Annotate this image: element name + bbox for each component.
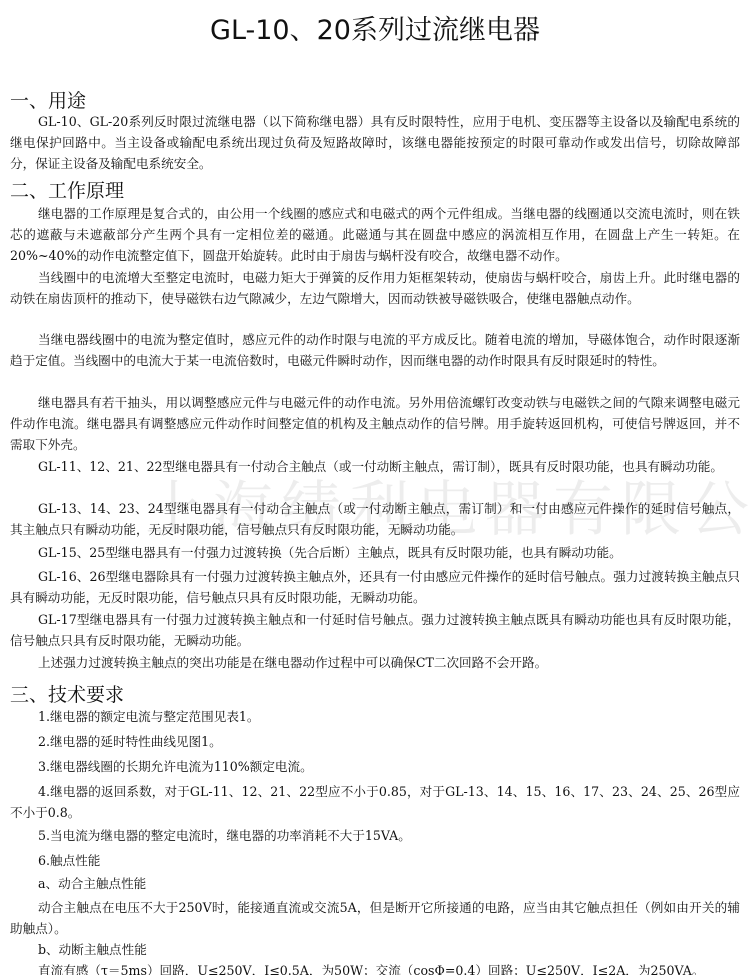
- paragraph: GL-10、GL-20系列反时限过流继电器（以下简称继电器）具有反时限特性，应用…: [10, 111, 740, 174]
- paragraph: GL-15、25型继电器具有一付强力过渡转换（先合后断）主触点，既具有反时限功能…: [10, 542, 740, 563]
- document-title: GL-10、20系列过流继电器: [0, 8, 750, 47]
- paragraph: 直流有感（τ＝5ms）回路，U≤250V，I≤0.5A，为50W；交流（cosΦ…: [10, 960, 740, 975]
- list-item: 4.继电器的返回系数，对于GL-11、12、21、22型应不小于0.85，对于G…: [10, 781, 740, 823]
- paragraph: GL-13、14、23、24型继电器具有一付动合主触点（或一付动断主触点，需订制…: [10, 498, 740, 540]
- paragraph: GL-16、26型继电器除具有一付强力过渡转换主触点外，还具有一付由感应元件操作…: [10, 566, 740, 608]
- sub-heading: b、动断主触点性能: [10, 939, 740, 960]
- list-item: 6.触点性能: [10, 850, 740, 871]
- list-item: 2.继电器的延时特性曲线见图1。: [10, 731, 740, 752]
- section-heading-tech-requirements: 三、技术要求: [10, 680, 124, 707]
- paragraph: 上述强力过渡转换主触点的突出功能是在继电器动作过程中可以确保CT二次回路不会开路…: [10, 652, 740, 673]
- paragraph: 动合主触点在电压不大于250V时，能接通直流或交流5A，但是断开它所接通的电路，…: [10, 897, 740, 939]
- paragraph: 当线圈中的电流增大至整定电流时，电磁力矩大于弹簧的反作用力矩框架转动，使扇齿与蜗…: [10, 267, 740, 309]
- paragraph: 当继电器线圈中的电流为整定值时，感应元件的动作时限与电流的平方成反比。随着电流的…: [10, 329, 740, 371]
- list-item: 5.当电流为继电器的整定电流时，继电器的功率消耗不大于15VA。: [10, 825, 740, 846]
- paragraph: 继电器具有若干抽头，用以调整感应元件与电磁元件的动作电流。另外用倍流螺钉改变动铁…: [10, 392, 740, 455]
- paragraph: GL-17型继电器具有一付强力过渡转换主触点和一付延时信号触点。强力过渡转换主触…: [10, 609, 740, 651]
- list-item: 1.继电器的额定电流与整定范围见表1。: [10, 706, 740, 727]
- paragraph: 继电器的工作原理是复合式的，由公用一个线圈的感应式和电磁式的两个元件组成。当继电…: [10, 203, 740, 266]
- paragraph: GL-11、12、21、22型继电器具有一付动合主触点（或一付动断主触点，需订制…: [10, 456, 740, 477]
- section-heading-principle: 二、工作原理: [10, 176, 124, 203]
- sub-heading: a、动合主触点性能: [10, 873, 740, 894]
- list-item: 3.继电器线圈的长期允许电流为110%额定电流。: [10, 756, 740, 777]
- section-heading-usage: 一、用途: [10, 86, 86, 113]
